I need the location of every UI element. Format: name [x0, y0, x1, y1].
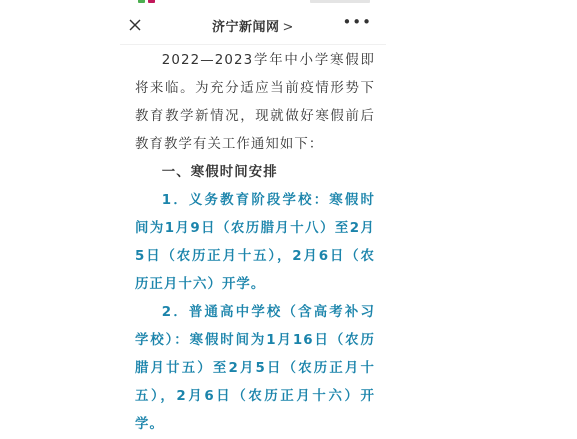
status-icons: [310, 0, 370, 3]
status-indicator-pink: [148, 0, 155, 3]
more-icon: •••: [342, 13, 372, 31]
status-bar: [120, 0, 386, 6]
header-divider: [120, 44, 386, 45]
chevron-right-icon: >: [283, 20, 294, 35]
article-body: 2022—2023学年中小学寒假即将来临。为充分适应当前疫情形势下教育教学新情况…: [135, 47, 375, 414]
high-school-schedule: 2．普通高中学校（含高考补习学校）：寒假时间为1月16日（农历腊月廿五）至2月5…: [135, 299, 375, 414]
navigation-bar: 济宁新闻网> •••: [120, 10, 386, 44]
intro-paragraph: 2022—2023学年中小学寒假即将来临。为充分适应当前疫情形势下教育教学新情况…: [135, 47, 375, 159]
status-indicator-green: [138, 0, 145, 3]
compulsory-education-schedule: 1．义务教育阶段学校：寒假时间为1月9日（农历腊月十八）至2月5日（农历正月十五…: [135, 187, 375, 299]
page-title: 济宁新闻网: [212, 20, 280, 35]
section-heading: 一、寒假时间安排: [135, 159, 375, 187]
more-button[interactable]: •••: [342, 13, 372, 31]
